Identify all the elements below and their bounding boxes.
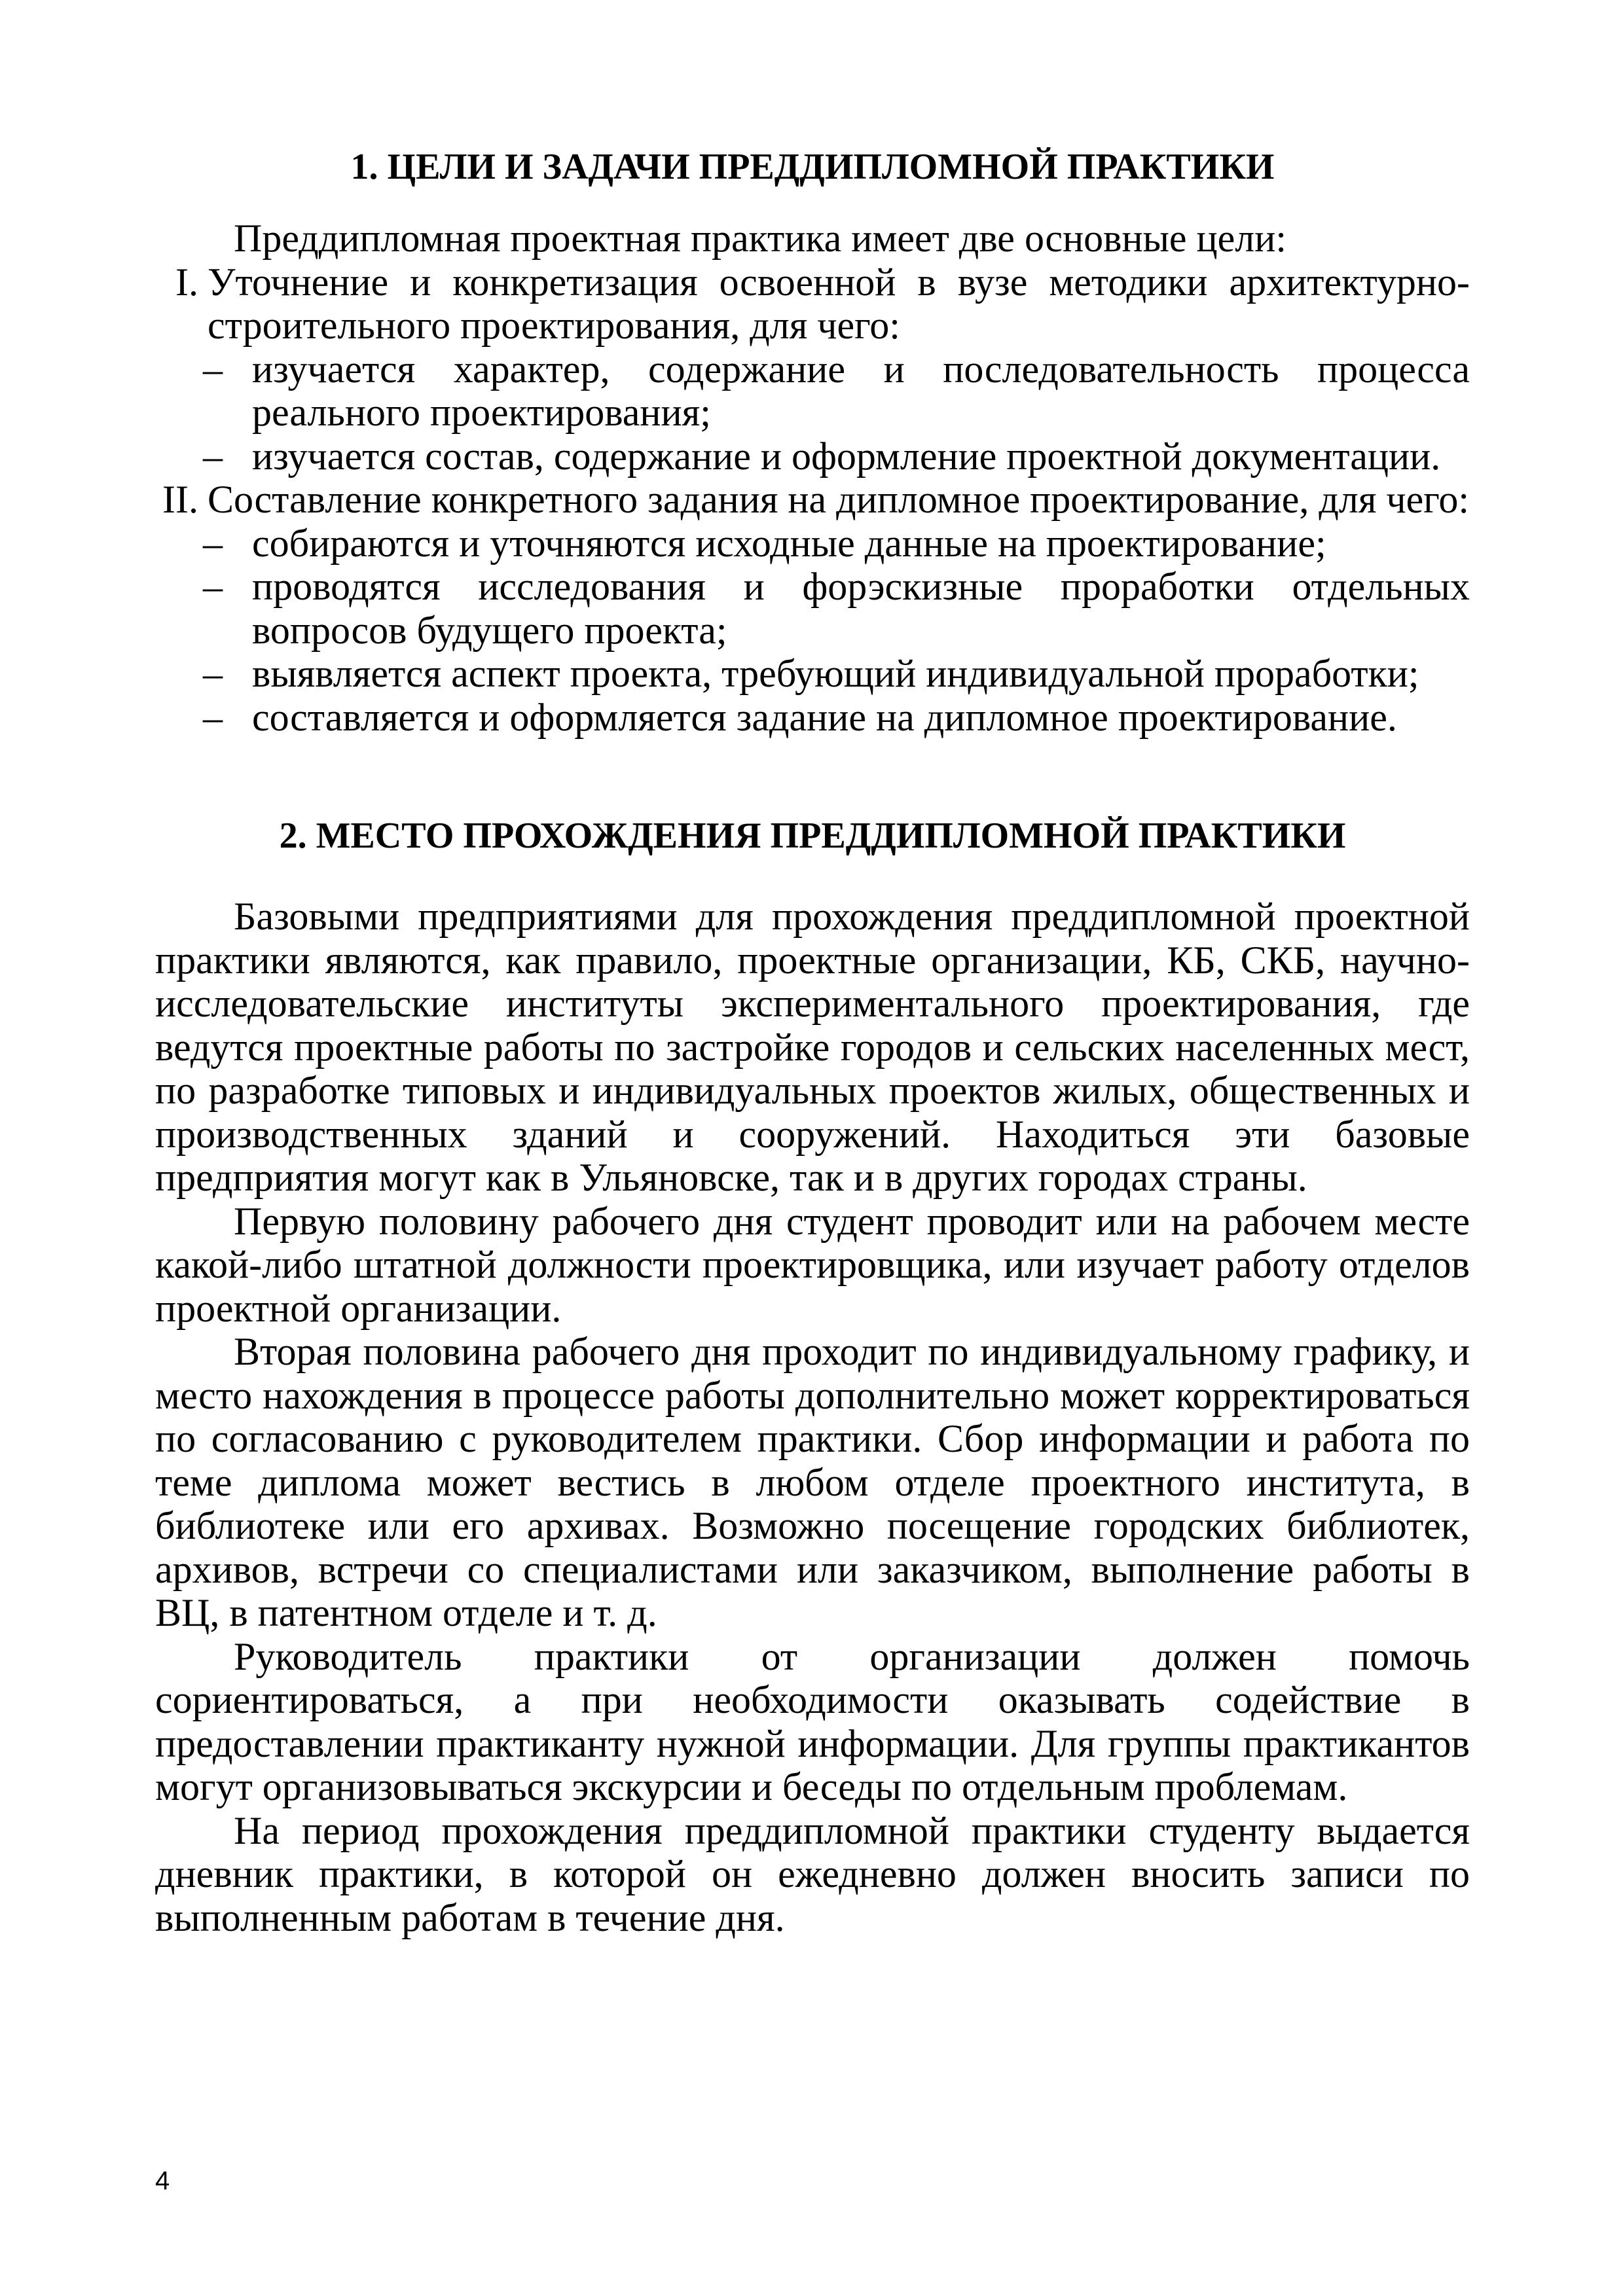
goal-2-item-2-text: проводятся исследования и форэскизные пр… — [252, 565, 1470, 652]
section-1-heading: 1. ЦЕЛИ И ЗАДАЧИ ПРЕДДИПЛОМНОЙ ПРАКТИКИ — [155, 145, 1470, 189]
dash-bullet-icon: – — [203, 522, 252, 565]
goal-2-item-1: – собираются и уточняются исходные данны… — [155, 522, 1470, 565]
page-number: 4 — [155, 2165, 170, 2197]
dash-bullet-icon: – — [203, 348, 252, 435]
goal-1-text: Уточнение и конкретизация освоенной в ву… — [198, 260, 1470, 348]
dash-bullet-icon: – — [203, 435, 252, 478]
goal-1-item-1: – изучается характер, содержание и после… — [155, 348, 1470, 435]
section-2-paragraph-2: Первую половину рабочего дня студент про… — [155, 1200, 1470, 1331]
section-2-heading: 2. МЕСТО ПРОХОЖДЕНИЯ ПРЕДДИПЛОМНОЙ ПРАКТ… — [155, 814, 1470, 858]
goal-2-item-1-text: собираются и уточняются исходные данные … — [252, 522, 1470, 565]
section-1-body: Преддипломная проектная практика имеет д… — [155, 217, 1470, 739]
goal-2: II. Составление конкретного задания на д… — [155, 478, 1470, 522]
section-2-paragraph-4: Руководитель практики от организации дол… — [155, 1635, 1470, 1809]
goal-1: I. Уточнение и конкретизация освоенной в… — [155, 260, 1470, 348]
goal-1-item-2-text: изучается состав, содержание и оформлени… — [252, 435, 1470, 478]
goal-2-item-4-text: составляется и оформляется задание на ди… — [252, 696, 1470, 740]
section-2-paragraph-1: Базовыми предприятиями для прохождения п… — [155, 895, 1470, 1200]
dash-bullet-icon: – — [203, 652, 252, 696]
section-2-paragraph-5: На период прохождения преддипломной прак… — [155, 1809, 1470, 1940]
section-1-intro: Преддипломная проектная практика имеет д… — [155, 217, 1470, 260]
goal-2-item-3-text: выявляется аспект проекта, требующий инд… — [252, 652, 1470, 696]
goal-2-item-4: – составляется и оформляется задание на … — [155, 696, 1470, 740]
dash-bullet-icon: – — [203, 696, 252, 740]
goal-2-number: II. — [136, 478, 198, 522]
section-2-paragraph-3: Вторая половина рабочего дня проходит по… — [155, 1330, 1470, 1635]
goal-1-item-2: – изучается состав, содержание и оформле… — [155, 435, 1470, 478]
goal-2-item-3: – выявляется аспект проекта, требующий и… — [155, 652, 1470, 696]
goal-2-item-2: – проводятся исследования и форэскизные … — [155, 565, 1470, 652]
goal-1-item-1-text: изучается характер, содержание и последо… — [252, 348, 1470, 435]
goal-1-number: I. — [155, 260, 198, 348]
goal-2-text: Составление конкретного задания на дипло… — [198, 478, 1470, 522]
section-2-body: Базовыми предприятиями для прохождения п… — [155, 895, 1470, 1939]
dash-bullet-icon: – — [203, 565, 252, 652]
